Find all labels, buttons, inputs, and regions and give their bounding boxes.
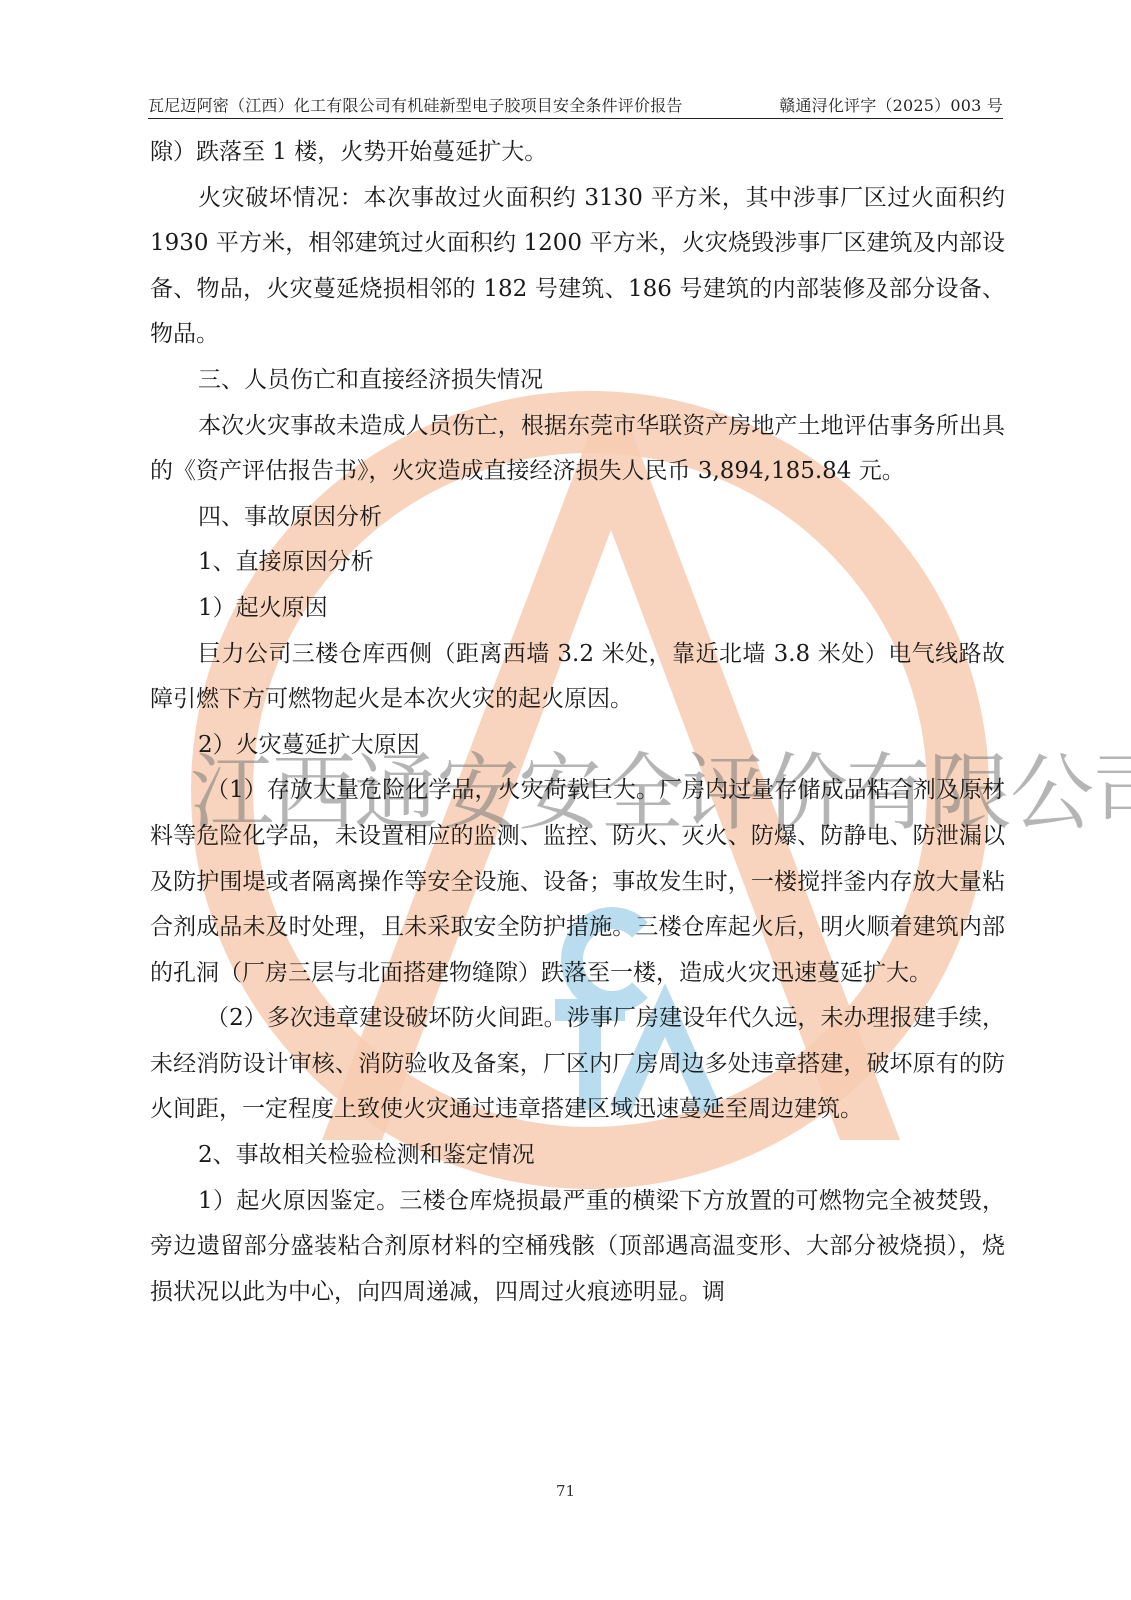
subsection-heading: 1、直接原因分析 <box>150 540 1005 586</box>
paragraph: 隙）跌落至 1 楼，火势开始蔓延扩大。 <box>150 130 1005 176</box>
subsection-heading: 2）火灾蔓延扩大原因 <box>150 723 1005 769</box>
paragraph: 火灾破坏情况：本次事故过火面积约 3130 平方米，其中涉事厂区过火面积约 19… <box>150 176 1005 358</box>
paragraph: 巨力公司三楼仓库西侧（距离西墙 3.2 米处，靠近北墙 3.8 米处）电气线路故… <box>150 632 1005 723</box>
paragraph: （1）存放大量危险化学品，火灾荷载巨大。厂房内过量存储成品粘合剂及原材料等危险化… <box>150 768 1005 996</box>
report-title: 瓦尼迈阿密（江西）化工有限公司有机硅新型电子胶项目安全条件评价报告 <box>148 93 683 118</box>
report-number: 赣通浔化评字（2025）003 号 <box>779 93 1003 118</box>
paragraph: 本次火灾事故未造成人员伤亡，根据东莞市华联资产房地产土地评估事务所出具的《资产评… <box>150 404 1005 495</box>
subsection-heading: 2、事故相关检验检测和鉴定情况 <box>150 1133 1005 1179</box>
page-header: 瓦尼迈阿密（江西）化工有限公司有机硅新型电子胶项目安全条件评价报告 赣通浔化评字… <box>148 92 1003 119</box>
page-number: 71 <box>0 1482 1131 1500</box>
section-heading: 三、人员伤亡和直接经济损失情况 <box>150 358 1005 404</box>
subsection-heading: 1）起火原因 <box>150 586 1005 632</box>
document-body: 隙）跌落至 1 楼，火势开始蔓延扩大。 火灾破坏情况：本次事故过火面积约 313… <box>150 130 1005 1315</box>
paragraph: 1）起火原因鉴定。三楼仓库烧损最严重的横梁下方放置的可燃物完全被焚毁，旁边遗留部… <box>150 1179 1005 1316</box>
paragraph: （2）多次违章建设破坏防火间距。涉事厂房建设年代久远，未办理报建手续，未经消防设… <box>150 996 1005 1133</box>
section-heading: 四、事故原因分析 <box>150 495 1005 541</box>
